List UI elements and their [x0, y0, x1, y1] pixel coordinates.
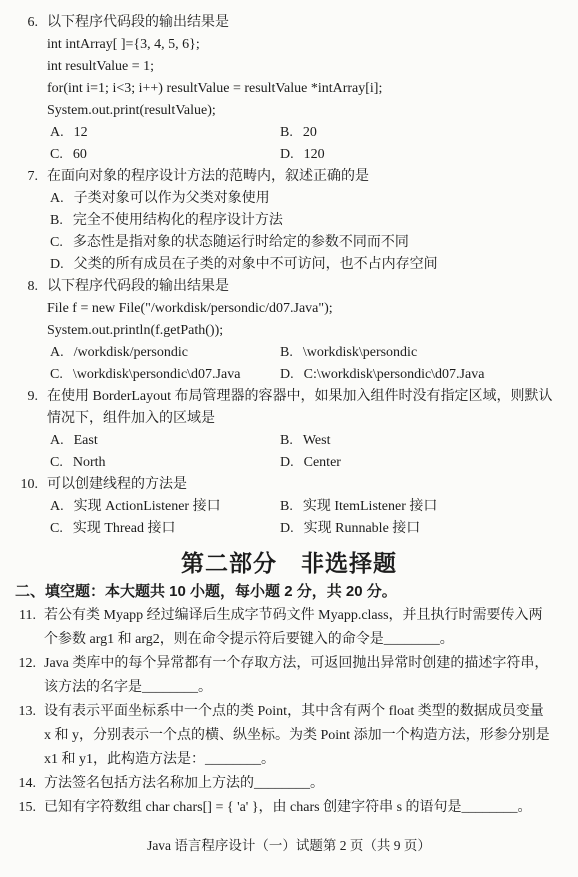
question-block-7: 7.在面向对象的程序设计方法的范畴内，叙述正确的是A.子类对象可以作为父类对象使… [10, 166, 568, 276]
option-label: C. [50, 144, 63, 166]
option-8-A: A./workdisk/persondic [50, 342, 280, 364]
code-line: System.out.println(f.getPath()); [10, 320, 568, 342]
question-stem-row: 6.以下程序代码段的输出结果是 [10, 12, 568, 34]
question-number: 10. [10, 474, 38, 496]
option-label: B. [280, 122, 293, 144]
option-9-C: C.North [50, 452, 280, 474]
question-text: Java 类库中的每个异常都有一个存取方法，可返回抛出异常时创建的描述字符串， [44, 652, 568, 676]
option-text: C:\workdisk\persondic\d07.Java [304, 367, 485, 382]
option-text: \workdisk\persondic [303, 345, 417, 360]
option-8-D: D.C:\workdisk\persondic\d07.Java [280, 364, 568, 386]
option-row: C.\workdisk\persondic\d07.JavaD.C:\workd… [10, 364, 568, 386]
question-text: 已知有字符数组 char chars[] = { 'a' }，由 chars 创… [44, 796, 568, 820]
question-block-13: 13.设有表示平面坐标系中一个点的类 Point，其中含有两个 float 类型… [10, 700, 568, 772]
option-text: 12 [74, 125, 88, 140]
option-10-C: C.实现 Thread 接口 [50, 518, 280, 540]
question-text-continued: 个参数 arg1 和 arg2，则在命令提示符后要键入的命令是________。 [10, 628, 568, 652]
option-7-B: B.完全不使用结构化的程序设计方法 [50, 210, 568, 232]
option-text: Center [304, 455, 341, 470]
option-row: C.多态性是指对象的状态随运行时给定的参数不同而不同 [10, 232, 568, 254]
option-label: A. [50, 342, 64, 364]
code-line: int intArray[ ]={3, 4, 5, 6}; [10, 34, 568, 56]
question-stem: 在使用 BorderLayout 布局管理器的容器中，如果加入组件时没有指定区域… [47, 386, 568, 408]
page-footer: Java 语言程序设计（一）试题第 2 页（共 9 页） [10, 836, 568, 856]
option-label: C. [50, 518, 63, 540]
option-row: A.子类对象可以作为父类对象使用 [10, 188, 568, 210]
question-stem-row: 10.可以创建线程的方法是 [10, 474, 568, 496]
fill-in-questions: 11.若公有类 Myapp 经过编译后生成字节码文件 Myapp.class，并… [10, 604, 568, 820]
question-stem-continued: 情况下，组件加入的区域是 [10, 408, 568, 430]
question-stem-row: 9.在使用 BorderLayout 布局管理器的容器中，如果加入组件时没有指定… [10, 386, 568, 408]
question-number: 13. [10, 700, 36, 724]
question-block-10: 10.可以创建线程的方法是A.实现 ActionListener 接口B.实现 … [10, 474, 568, 540]
option-text: 实现 ItemListener 接口 [303, 499, 438, 514]
question-stem-row: 7.在面向对象的程序设计方法的范畴内，叙述正确的是 [10, 166, 568, 188]
option-row: C.NorthD.Center [10, 452, 568, 474]
code-line: for(int i=1; i<3; i++) resultValue = res… [10, 78, 568, 100]
question-stem-row: 11.若公有类 Myapp 经过编译后生成字节码文件 Myapp.class，并… [10, 604, 568, 628]
code-line: File f = new File("/workdisk/persondic/d… [10, 298, 568, 320]
option-row: C.60D.120 [10, 144, 568, 166]
option-6-D: D.120 [280, 144, 568, 166]
option-text: /workdisk/persondic [74, 345, 188, 360]
question-stem-row: 14.方法签名包括方法名称加上方法的________。 [10, 772, 568, 796]
question-block-9: 9.在使用 BorderLayout 布局管理器的容器中，如果加入组件时没有指定… [10, 386, 568, 474]
option-label: A. [50, 122, 64, 144]
multiple-choice-questions: 6.以下程序代码段的输出结果是int intArray[ ]={3, 4, 5,… [10, 12, 568, 540]
option-text: East [74, 433, 98, 448]
option-label: C. [50, 452, 63, 474]
option-10-B: B.实现 ItemListener 接口 [280, 496, 568, 518]
question-stem-row: 8.以下程序代码段的输出结果是 [10, 276, 568, 298]
option-text: West [303, 433, 331, 448]
fill-in-section-heading: 二、填空题：本大题共 10 小题，每小题 2 分，共 20 分。 [10, 580, 568, 604]
option-label: D. [280, 452, 294, 474]
option-label: B. [50, 210, 63, 232]
option-text: 20 [303, 125, 317, 140]
option-7-C: C.多态性是指对象的状态随运行时给定的参数不同而不同 [50, 232, 568, 254]
question-stem-row: 15.已知有字符数组 char chars[] = { 'a' }，由 char… [10, 796, 568, 820]
option-row: C.实现 Thread 接口D.实现 Runnable 接口 [10, 518, 568, 540]
question-number: 15. [10, 796, 36, 820]
option-7-D: D.父类的所有成员在子类的对象中不可访问，也不占内存空间 [50, 254, 568, 276]
option-text: 实现 ActionListener 接口 [74, 499, 221, 514]
option-6-C: C.60 [50, 144, 280, 166]
option-label: D. [280, 144, 294, 166]
question-stem: 可以创建线程的方法是 [47, 474, 568, 496]
option-text: 完全不使用结构化的程序设计方法 [73, 213, 283, 228]
option-text: 实现 Runnable 接口 [304, 521, 421, 536]
part2-title: 第二部分 非选择题 [10, 546, 568, 580]
option-6-A: A.12 [50, 122, 280, 144]
option-text: 120 [304, 147, 325, 162]
question-stem-row: 12.Java 类库中的每个异常都有一个存取方法，可返回抛出异常时创建的描述字符… [10, 652, 568, 676]
option-6-B: B.20 [280, 122, 568, 144]
option-label: B. [280, 430, 293, 452]
question-block-14: 14.方法签名包括方法名称加上方法的________。 [10, 772, 568, 796]
question-number: 6. [10, 12, 38, 34]
question-block-15: 15.已知有字符数组 char chars[] = { 'a' }，由 char… [10, 796, 568, 820]
question-stem: 以下程序代码段的输出结果是 [47, 276, 568, 298]
question-block-6: 6.以下程序代码段的输出结果是int intArray[ ]={3, 4, 5,… [10, 12, 568, 166]
option-10-A: A.实现 ActionListener 接口 [50, 496, 280, 518]
option-label: B. [280, 496, 293, 518]
question-text-continued: 该方法的名字是________。 [10, 676, 568, 700]
option-text: 多态性是指对象的状态随运行时给定的参数不同而不同 [73, 235, 409, 250]
question-number: 11. [10, 604, 36, 628]
option-8-C: C.\workdisk\persondic\d07.Java [50, 364, 280, 386]
option-row: B.完全不使用结构化的程序设计方法 [10, 210, 568, 232]
question-number: 8. [10, 276, 38, 298]
option-text: North [73, 455, 106, 470]
code-line: int resultValue = 1; [10, 56, 568, 78]
question-text: 方法签名包括方法名称加上方法的________。 [44, 772, 568, 796]
option-text: \workdisk\persondic\d07.Java [73, 367, 241, 382]
question-number: 12. [10, 652, 36, 676]
question-stem: 以下程序代码段的输出结果是 [47, 12, 568, 34]
question-number: 9. [10, 386, 38, 408]
option-9-D: D.Center [280, 452, 568, 474]
option-text: 父类的所有成员在子类的对象中不可访问，也不占内存空间 [74, 257, 438, 272]
option-label: A. [50, 188, 64, 210]
option-text: 实现 Thread 接口 [73, 521, 176, 536]
option-8-B: B.\workdisk\persondic [280, 342, 568, 364]
question-text: 设有表示平面坐标系中一个点的类 Point，其中含有两个 float 类型的数据… [44, 700, 568, 724]
option-label: A. [50, 430, 64, 452]
option-9-B: B.West [280, 430, 568, 452]
option-label: A. [50, 496, 64, 518]
option-label: B. [280, 342, 293, 364]
option-10-D: D.实现 Runnable 接口 [280, 518, 568, 540]
question-block-11: 11.若公有类 Myapp 经过编译后生成字节码文件 Myapp.class，并… [10, 604, 568, 652]
option-label: D. [50, 254, 64, 276]
option-text: 子类对象可以作为父类对象使用 [74, 191, 270, 206]
option-row: A./workdisk/persondicB.\workdisk\persond… [10, 342, 568, 364]
code-line: System.out.print(resultValue); [10, 100, 568, 122]
option-label: C. [50, 232, 63, 254]
question-stem-row: 13.设有表示平面坐标系中一个点的类 Point，其中含有两个 float 类型… [10, 700, 568, 724]
option-text: 60 [73, 147, 87, 162]
question-stem: 在面向对象的程序设计方法的范畴内，叙述正确的是 [47, 166, 568, 188]
question-block-8: 8.以下程序代码段的输出结果是File f = new File("/workd… [10, 276, 568, 386]
option-label: D. [280, 364, 294, 386]
question-text: 若公有类 Myapp 经过编译后生成字节码文件 Myapp.class，并且执行… [44, 604, 568, 628]
option-9-A: A.East [50, 430, 280, 452]
question-text-continued: x1 和 y1，此构造方法是：________。 [10, 748, 568, 772]
option-row: A.实现 ActionListener 接口B.实现 ItemListener … [10, 496, 568, 518]
option-label: D. [280, 518, 294, 540]
question-number: 7. [10, 166, 38, 188]
question-block-12: 12.Java 类库中的每个异常都有一个存取方法，可返回抛出异常时创建的描述字符… [10, 652, 568, 700]
option-7-A: A.子类对象可以作为父类对象使用 [50, 188, 568, 210]
option-row: A.12B.20 [10, 122, 568, 144]
option-row: D.父类的所有成员在子类的对象中不可访问，也不占内存空间 [10, 254, 568, 276]
question-number: 14. [10, 772, 36, 796]
option-row: A.EastB.West [10, 430, 568, 452]
option-label: C. [50, 364, 63, 386]
exam-page: 6.以下程序代码段的输出结果是int intArray[ ]={3, 4, 5,… [0, 0, 578, 877]
question-text-continued: x 和 y，分别表示一个点的横、纵坐标。为类 Point 添加一个构造方法，形参… [10, 724, 568, 748]
